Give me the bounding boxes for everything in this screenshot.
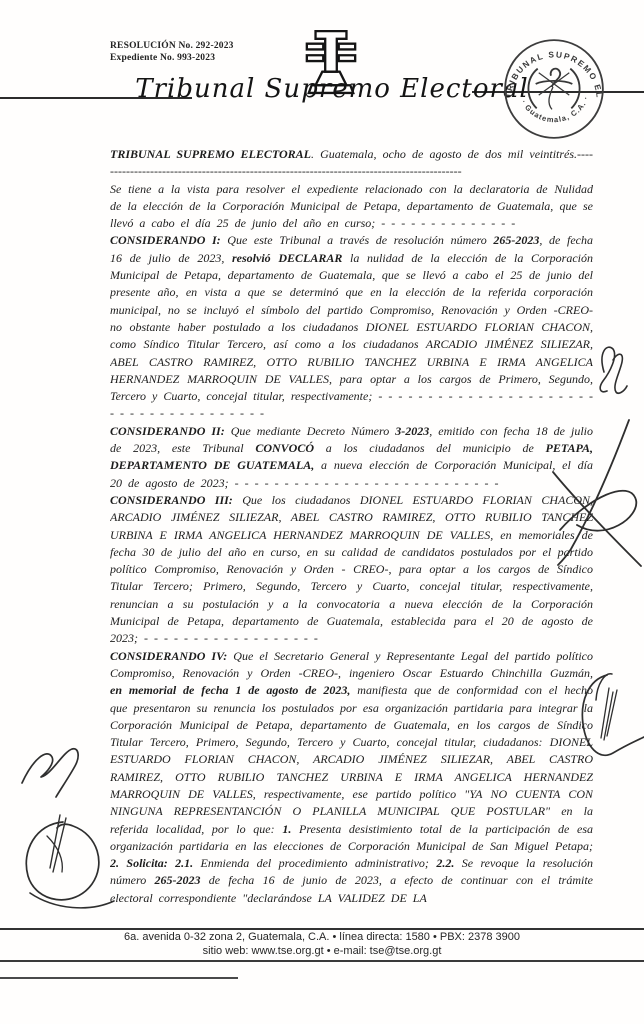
resolution-number: RESOLUCIÓN No. 292-2023: [110, 40, 234, 52]
footer-rule-stub: [0, 977, 238, 979]
document-page: RESOLUCIÓN No. 292-2023 Expediente No. 9…: [0, 0, 644, 1024]
org-script-title: Tribunal Supremo Electoral: [135, 74, 528, 104]
handwritten-initials-left: [22, 749, 78, 797]
resolution-block: RESOLUCIÓN No. 292-2023 Expediente No. 9…: [110, 40, 234, 64]
expediente-number: Expediente No. 993-2023: [110, 52, 234, 64]
paragraph: CONSIDERANDO III: Que los ciudadanos DIO…: [110, 492, 593, 648]
body-text: TRIBUNAL SUPREMO ELECTORAL. Guatemala, o…: [110, 146, 593, 932]
footer-rule-top: [0, 928, 644, 930]
footer-address-block: 6a. avenida 0-32 zona 2, Guatemala, C.A.…: [0, 931, 644, 958]
paragraph: TRIBUNAL SUPREMO ELECTORAL. Guatemala, o…: [110, 146, 593, 181]
paragraph: CONSIDERANDO II: Que mediante Decreto Nú…: [110, 423, 593, 492]
footer-address-line: 6a. avenida 0-32 zona 2, Guatemala, C.A.…: [0, 931, 644, 945]
footer-rule-bottom: [0, 960, 644, 962]
coat-of-arms-icon: [528, 69, 579, 110]
paragraph: Se tiene a la vista para resolver el exp…: [110, 181, 593, 233]
handwritten-loop-left: [26, 815, 114, 908]
footer-web-line: sitio web: www.tse.org.gt • e-mail: tse@…: [0, 945, 644, 959]
paragraph: CONSIDERANDO IV: Que el Secretario Gener…: [110, 648, 593, 907]
handwritten-initials-right: [600, 347, 627, 393]
tse-seal-stamp-icon: TRIBUNAL SUPREMO ELECTORAL · Guatemala, …: [498, 33, 610, 150]
paragraph: CONSIDERANDO I: Que este Tribunal a trav…: [110, 232, 593, 422]
